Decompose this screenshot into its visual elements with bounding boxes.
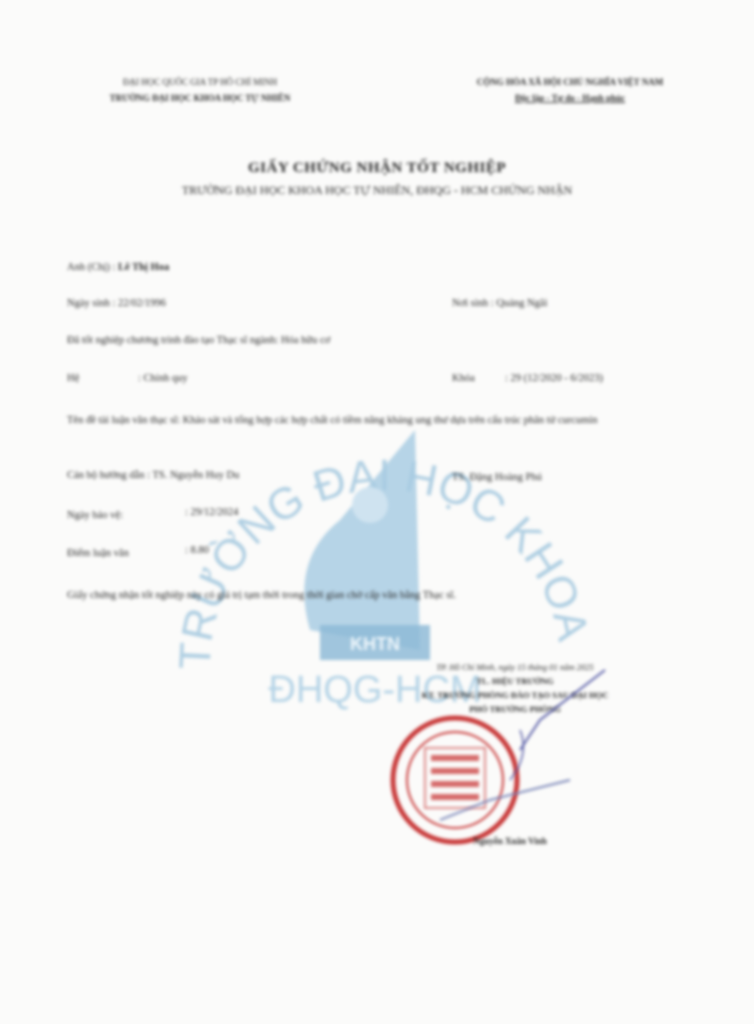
field-mode-value: : Chính quy bbox=[138, 373, 188, 384]
field-course-value: : 29 (12/2020 - 6/2023) bbox=[505, 373, 603, 384]
document-subtitle: TRƯỜNG ĐẠI HỌC KHOA HỌC TỰ NHIÊN, ĐHQG -… bbox=[0, 183, 754, 198]
field-course-label: Khóa bbox=[452, 373, 475, 384]
field-thesis: Tên đề tài luận văn thạc sĩ: Khảo sát và… bbox=[67, 414, 667, 428]
university-name: TRƯỜNG ĐẠI HỌC KHOA HỌC TỰ NHIÊN bbox=[60, 88, 340, 108]
field-dob: Ngày sinh : 22/02/1996 bbox=[67, 298, 166, 309]
signer-name: Nguyễn Xuân Vinh bbox=[440, 836, 580, 846]
field-program: Đã tốt nghiệp chương trình đào tạo Thạc … bbox=[67, 335, 330, 346]
signature-scribble bbox=[420, 660, 620, 840]
watermark-badge: KHTN bbox=[350, 634, 400, 654]
field-pob: Nơi sinh : Quảng Ngãi bbox=[452, 298, 547, 309]
header-left: ĐẠI HỌC QUỐC GIA TP HỒ CHÍ MINH TRƯỜNG Đ… bbox=[60, 72, 340, 108]
field-mode-label: Hệ bbox=[67, 373, 79, 384]
field-score-value: : 8.80 bbox=[185, 545, 209, 556]
field-defense-value: : 29/12/2024 bbox=[185, 507, 238, 518]
field-score-label: Điểm luận văn bbox=[67, 548, 129, 559]
field-advisor: Cán bộ hướng dẫn : TS. Nguyễn Huy Du bbox=[67, 470, 239, 481]
field-validity: Giấy chứng nhận tốt nghiệp này có giá tr… bbox=[67, 590, 456, 601]
motto: Độc lập - Tự do - Hạnh phúc bbox=[420, 88, 720, 108]
field-advisor2: TS. Đặng Hoàng Phú bbox=[452, 472, 542, 483]
header-right: CỘNG HÒA XÃ HỘI CHỦ NGHĨA VIỆT NAM Độc l… bbox=[420, 72, 720, 108]
field-name: Anh (Chị) : Lê Thị Hoa bbox=[67, 262, 169, 273]
field-defense-label: Ngày bảo vệ: bbox=[67, 510, 123, 521]
document-title: GIẤY CHỨNG NHẬN TỐT NGHIỆP bbox=[0, 160, 754, 177]
